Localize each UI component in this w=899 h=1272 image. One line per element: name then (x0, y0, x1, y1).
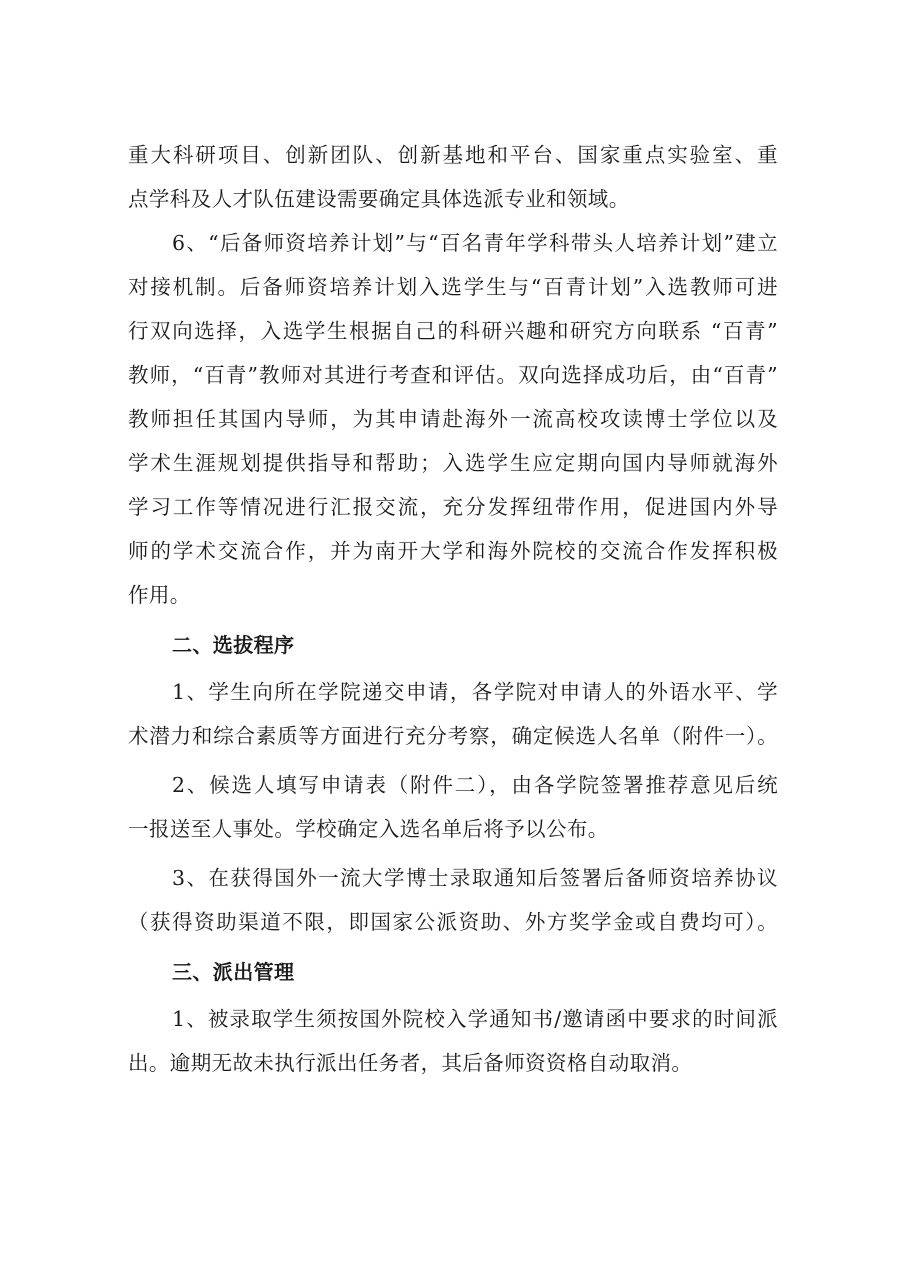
paragraph-line: （获得资助渠道不限，即国家公派资助、外方奖学金或自费均可）。 (128, 908, 778, 936)
paragraph-line: 学习工作等情况进行汇报交流，充分发挥纽带作用，促进国内外导 (128, 493, 778, 521)
paragraph-line: 术潜力和综合素质等方面进行充分考察，确定候选人名单（附件一）。 (128, 722, 778, 750)
document-page: 重大科研项目、创新团队、创新基地和平台、国家重点实验室、重 点学科及人才队伍建设… (0, 0, 899, 1272)
paragraph-line: 师的学术交流合作，并为南开大学和海外院校的交流合作发挥积极 (128, 537, 778, 565)
paragraph-line: 2、候选人填写申请表（附件二），由各学院签署推荐意见后统 (172, 771, 778, 799)
paragraph-line: 教师，“百青”教师对其进行考查和评估。双向选择成功后，由“百青” (128, 361, 778, 389)
paragraph-line: 1、被录取学生须按国外院校入学通知书/邀请函中要求的时间派 (172, 1005, 778, 1033)
paragraph-line: 出。逾期无故未执行派出任务者，其后备师资资格自动取消。 (128, 1049, 778, 1077)
paragraph-line: 学术生涯规划提供指导和帮助；入选学生应定期向国内导师就海外 (128, 449, 778, 477)
paragraph-line: 行双向选择，入选学生根据自己的科研兴趣和研究方向联系 “百青” (128, 317, 778, 345)
section-heading: 二、选拔程序 (172, 631, 778, 659)
paragraph-line: 1、学生向所在学院递交申请，各学院对申请人的外语水平、学 (172, 678, 778, 706)
paragraph-line: 对接机制。后备师资培养计划入选学生与“百青计划”入选教师可进 (128, 273, 778, 301)
paragraph-line: 3、在获得国外一流大学博士录取通知后签署后备师资培养协议 (172, 864, 778, 892)
paragraph-line: 重大科研项目、创新团队、创新基地和平台、国家重点实验室、重 (128, 141, 778, 169)
paragraph-line: 作用。 (128, 581, 778, 609)
paragraph-line: 6、“后备师资培养计划”与“百名青年学科带头人培养计划”建立 (172, 229, 778, 257)
section-heading: 三、派出管理 (172, 958, 778, 986)
paragraph-line: 点学科及人才队伍建设需要确定具体选派专业和领域。 (128, 185, 778, 213)
paragraph-line: 一报送至人事处。学校确定入选名单后将予以公布。 (128, 815, 778, 843)
paragraph-line: 教师担任其国内导师，为其申请赴海外一流高校攻读博士学位以及 (128, 405, 778, 433)
